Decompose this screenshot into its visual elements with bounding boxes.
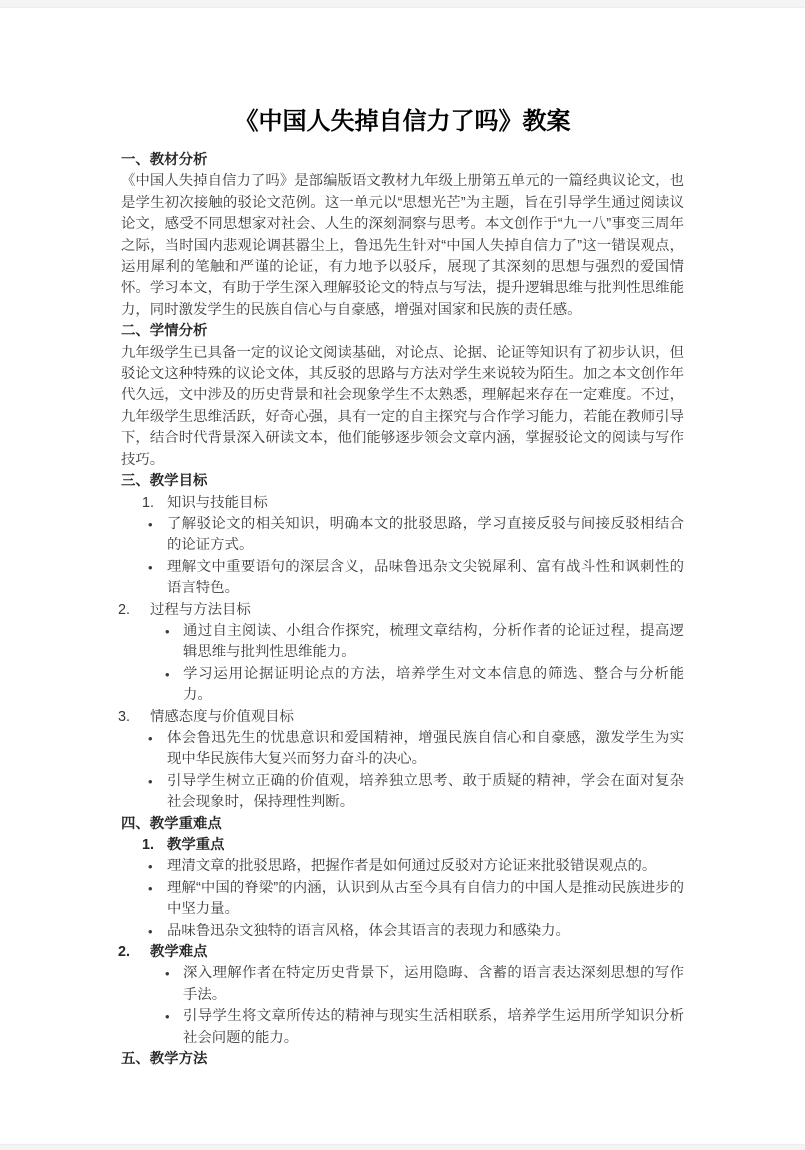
bullet-text: 了解驳论文的相关知识，明确本文的批驳思路，学习直接反驳与间接反驳相结合的论证方式…: [167, 516, 684, 553]
list-number: 1.: [142, 835, 154, 856]
bullet-item: • 引导学生树立正确的价值观，培养独立思考、敢于质疑的精神，学会在面对复杂社会现…: [121, 771, 684, 814]
list-item-knowledge-skill-goal: 1. 知识与技能目标: [121, 493, 684, 514]
bullet-item: • 引导学生将文章所传达的精神与现实生活相联系，培养学生运用所学知识分析社会问题…: [121, 1006, 684, 1049]
bullet-text: 理清文章的批驳思路，把握作者是如何通过反驳对方论证来批驳错误观点的。: [167, 858, 656, 874]
section-heading-teaching-objectives: 三、教学目标: [121, 471, 684, 492]
bullet-icon: •: [165, 1006, 170, 1027]
bullet-icon: •: [148, 514, 153, 535]
list-item-label: 过程与方法目标: [150, 602, 251, 618]
list-number: 1.: [142, 493, 154, 514]
bullet-text: 引导学生将文章所传达的精神与现实生活相联系，培养学生运用所学知识分析社会问题的能…: [183, 1008, 684, 1045]
bullet-icon: •: [148, 921, 153, 942]
document-content: 《中国人失掉自信力了吗》教案 一、教材分析 《中国人失掉自信力了吗》是部编版语文…: [0, 8, 805, 1070]
bullet-icon: •: [165, 664, 170, 685]
bullet-text: 引导学生树立正确的价值观，培养独立思考、敢于质疑的精神，学会在面对复杂社会现象时…: [167, 773, 684, 810]
section-heading-key-difficult-points: 四、教学重难点: [121, 814, 684, 835]
list-number: 2.: [118, 600, 130, 621]
bullet-item: • 理解“中国的脊梁”的内涵，认识到从古至今具有自信力的中国人是推动民族进步的中…: [121, 878, 684, 921]
bullet-text: 深入理解作者在特定历史背景下，运用隐晦、含蓄的语言表达深刻思想的写作手法。: [183, 965, 684, 1002]
section-heading-textbook-analysis: 一、教材分析: [121, 150, 684, 171]
bullet-item: • 品味鲁迅杂文独特的语言风格，体会其语言的表现力和感染力。: [121, 921, 684, 942]
bullet-text: 理解“中国的脊梁”的内涵，认识到从古至今具有自信力的中国人是推动民族进步的中坚力…: [167, 880, 684, 917]
list-number: 3.: [118, 707, 130, 728]
bullet-item: • 学习运用论据证明论点的方法，培养学生对文本信息的筛选、整合与分析能力。: [121, 664, 684, 707]
section-heading-learner-analysis: 二、学情分析: [121, 321, 684, 342]
list-item-teaching-key-points: 1. 教学重点: [121, 835, 684, 856]
bullet-icon: •: [148, 856, 153, 877]
list-item-label: 知识与技能目标: [167, 495, 268, 511]
list-item-label: 教学重点: [167, 837, 225, 853]
bullet-item: • 深入理解作者在特定历史背景下，运用隐晦、含蓄的语言表达深刻思想的写作手法。: [121, 963, 684, 1006]
bullet-text: 品味鲁迅杂文独特的语言风格，体会其语言的表现力和感染力。: [167, 923, 570, 939]
document-page: 《中国人失掉自信力了吗》教案 一、教材分析 《中国人失掉自信力了吗》是部编版语文…: [0, 8, 805, 1144]
bullet-icon: •: [148, 878, 153, 899]
list-item-teaching-difficult-points: 2. 教学难点: [121, 942, 684, 963]
bullet-text: 学习运用论据证明论点的方法，培养学生对文本信息的筛选、整合与分析能力。: [183, 666, 684, 703]
list-item-emotion-value-goal: 3. 情感态度与价值观目标: [121, 707, 684, 728]
list-number: 2.: [118, 942, 130, 963]
bullet-icon: •: [165, 621, 170, 642]
doc-title: 《中国人失掉自信力了吗》教案: [121, 108, 684, 136]
section-heading-teaching-methods: 五、教学方法: [121, 1049, 684, 1070]
bullet-icon: •: [148, 728, 153, 749]
bullet-text: 体会鲁迅先生的忧患意识和爱国精神，增强民族自信心和自豪感，激发学生为实现中华民族…: [167, 730, 684, 767]
list-item-process-method-goal: 2. 过程与方法目标: [121, 600, 684, 621]
bullet-item: • 体会鲁迅先生的忧患意识和爱国精神，增强民族自信心和自豪感，激发学生为实现中华…: [121, 728, 684, 771]
bullet-item: • 了解驳论文的相关知识，明确本文的批驳思路，学习直接反驳与间接反驳相结合的论证…: [121, 514, 684, 557]
bullet-item: • 理解文中重要语句的深层含义，品味鲁迅杂文尖锐犀利、富有战斗性和讽刺性的语言特…: [121, 557, 684, 600]
bullet-text: 通过自主阅读、小组合作探究，梳理文章结构，分析作者的论证过程，提高逻辑思维与批判…: [183, 623, 684, 660]
bullet-text: 理解文中重要语句的深层含义，品味鲁迅杂文尖锐犀利、富有战斗性和讽刺性的语言特色。: [167, 559, 684, 596]
bullet-icon: •: [148, 557, 153, 578]
bullet-icon: •: [148, 771, 153, 792]
list-item-label: 情感态度与价值观目标: [150, 709, 294, 725]
bullet-icon: •: [165, 963, 170, 984]
bullet-item: • 理清文章的批驳思路，把握作者是如何通过反驳对方论证来批驳错误观点的。: [121, 856, 684, 877]
textbook-analysis-paragraph: 《中国人失掉自信力了吗》是部编版语文教材九年级上册第五单元的一篇经典议论文，也是…: [121, 171, 684, 321]
list-item-label: 教学难点: [150, 944, 208, 960]
bullet-item: • 通过自主阅读、小组合作探究，梳理文章结构，分析作者的论证过程，提高逻辑思维与…: [121, 621, 684, 664]
learner-analysis-paragraph: 九年级学生已具备一定的议论文阅读基础，对论点、论据、论证等知识有了初步认识，但驳…: [121, 343, 684, 471]
